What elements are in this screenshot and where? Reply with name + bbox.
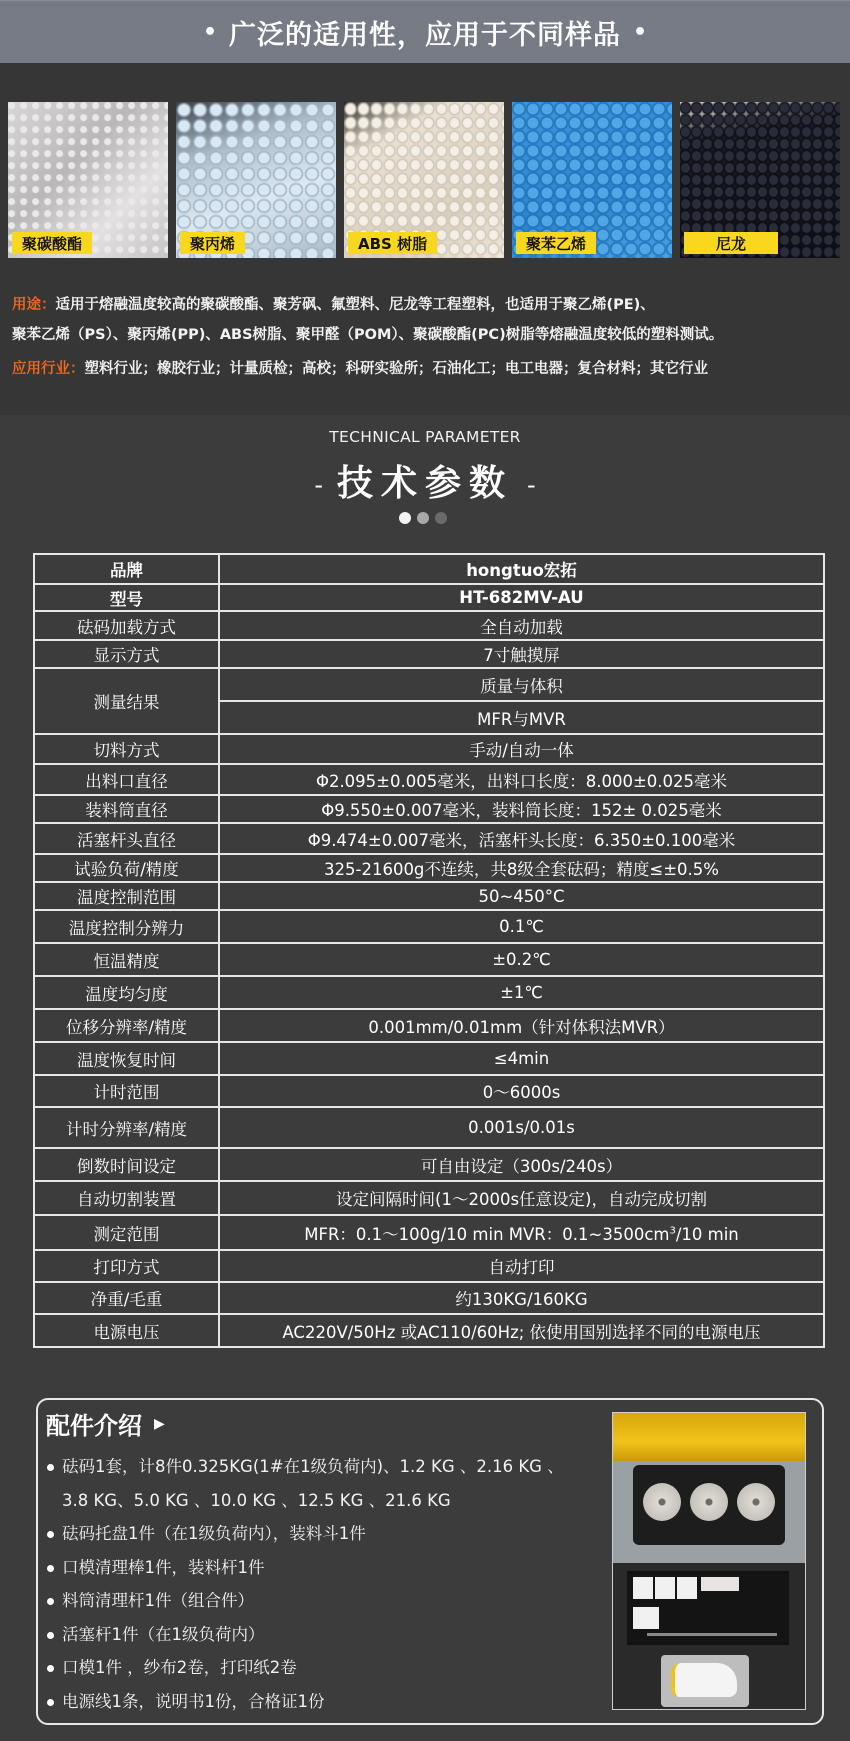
sample-polystyrene: 聚苯乙烯 [512,102,672,258]
spec-value: Φ9.550±0.007毫米，装料筒长度：152± 0.025毫米 [219,795,824,823]
spec-key: 显示方式 [34,640,219,668]
spec-key: 恒温精度 [34,943,219,976]
spec-key: 倒数时间设定 [34,1148,219,1181]
usage-line-1: 用途：适用于熔融温度较高的聚碳酸酯、聚芳砜、氟塑料、尼龙等工程塑料，也适用于聚乙… [12,290,842,320]
spec-key: 切料方式 [34,734,219,764]
spec-value: 7寸触摸屏 [219,640,824,668]
spec-key: 净重/毛重 [34,1282,219,1314]
section-banner: • 广泛的适用性，应用于不同样品 • [0,0,850,63]
spec-key: 型号 [34,584,219,611]
sample-label: 聚苯乙烯 [516,232,596,254]
spec-key: 温度控制范围 [34,882,219,910]
table-row: 自动切割装置设定间隔时间(1～2000s任意设定)，自动完成切割 [34,1181,824,1215]
table-row: 温度控制范围50~450°C [34,882,824,910]
list-item-continuation: 3.8 KG、5.0 KG 、10.0 KG 、12.5 KG 、21.6 KG [46,1484,586,1518]
list-item: 电源线1条，说明书1份，合格证1份 [46,1685,586,1719]
accessory-kit-photo [612,1412,806,1710]
accessories-list: 砝码1套，计8件0.325KG(1#在1级负荷内)、1.2 KG 、2.16 K… [46,1450,586,1718]
table-row: 显示方式7寸触摸屏 [34,640,824,668]
industry-line: 应用行业：塑料行业；橡胶行业；计量质检；高校；科研实验所；石油化工；电工电器；复… [12,354,842,384]
spec-value: 0.1℃ [219,910,824,943]
spec-value: 325-21600g不连续，共8级全套砝码；精度≤±0.5% [219,854,824,882]
table-row: 恒温精度±0.2℃ [34,943,824,976]
list-item: 料筒清理杆1件（组合件） [46,1584,586,1618]
spec-key: 电源电压 [34,1314,219,1347]
tech-title: -技术参数- [0,455,850,506]
tech-subtitle: TECHNICAL PARAMETER [0,428,850,446]
table-row: 温度控制分辨力0.1℃ [34,910,824,943]
range-tail: /10 min [676,1225,739,1244]
spec-key: 品牌 [34,554,219,584]
spec-value: ±0.2℃ [219,943,824,976]
spec-value: 质量与体积 [219,668,824,701]
dot-icon [399,512,411,524]
spec-value: Φ9.474±0.007毫米，活塞杆头长度：6.350±0.100毫米 [219,823,824,854]
spec-value: 手动/自动一体 [219,734,824,764]
banner-title: 广泛的适用性，应用于不同样品 [229,13,621,52]
spec-value: hongtuo宏拓 [219,554,824,584]
table-row: 温度恢复时间≤4min [34,1042,824,1075]
spec-key: 装料筒直径 [34,795,219,823]
accessories-title: 配件介绍 ▶ [46,1406,165,1441]
industry-label: 应用行业： [12,361,85,377]
table-row: 计时分辨率/精度0.001s/0.01s [34,1107,824,1148]
usage-text: 适用于熔融温度较高的聚碳酸酯、聚芳砜、氟塑料、尼龙等工程塑料，也适用于聚乙烯(P… [56,297,655,313]
sample-label: 聚丙烯 [180,232,245,254]
usage-description: 用途：适用于熔融温度较高的聚碳酸酯、聚芳砜、氟塑料、尼龙等工程塑料，也适用于聚乙… [12,290,842,384]
list-item: 活塞杆1件（在1级负荷内） [46,1618,586,1652]
table-row: 型号HT-682MV-AU [34,584,824,611]
spec-value: 全自动加载 [219,611,824,640]
bullet-icon: • [633,20,647,45]
paper-roll [701,1577,739,1591]
table-row: 品牌hongtuo宏拓 [34,554,824,584]
spec-key: 计时范围 [34,1075,219,1107]
accessories-panel: 配件介绍 ▶ 砝码1套，计8件0.325KG(1#在1级负荷内)、1.2 KG … [36,1398,824,1725]
dash-decoration: - [527,471,536,499]
spec-table: 品牌hongtuo宏拓 型号HT-682MV-AU 砝码加载方式全自动加载 显示… [33,553,825,1348]
industry-text: 塑料行业；橡胶行业；计量质检；高校；科研实验所；石油化工；电工电器；复合材料；其… [85,361,709,377]
list-item: 砝码托盘1件（在1级负荷内），装料斗1件 [46,1517,586,1551]
spec-value: MFR与MVR [219,701,824,734]
table-row: 电源电压AC220V/50Hz 或AC110/60Hz; 依使用国别选择不同的电… [34,1314,824,1347]
spec-key: 温度恢复时间 [34,1042,219,1075]
table-row: 位移分辨率/精度0.001mm/0.01mm（针对体积法MVR） [34,1009,824,1042]
spec-value: HT-682MV-AU [219,584,824,611]
dot-icon [417,512,429,524]
sample-polypropylene: 聚丙烯 [176,102,336,258]
weights-compartment [633,1465,785,1545]
list-item: 砝码1套，计8件0.325KG(1#在1级负荷内)、1.2 KG 、2.16 K… [46,1450,586,1484]
list-item: 口模1件 ，纱布2卷，打印纸2卷 [46,1651,586,1685]
usage-line-2: 聚苯乙烯（PS）、聚丙烯(PP)、ABS树脂、聚甲醛（POM）、聚碳酸酯(PC)… [12,320,842,350]
spec-key: 砝码加载方式 [34,611,219,640]
spec-key: 出料口直径 [34,764,219,795]
spec-key: 测定范围 [34,1215,219,1250]
tool-tray-inner [627,1571,789,1645]
spec-value: AC220V/50Hz 或AC110/60Hz; 依使用国别选择不同的电源电压 [219,1314,824,1347]
table-row: 切料方式手动/自动一体 [34,734,824,764]
sample-gallery: 聚碳酸酯 聚丙烯 ABS 树脂 聚苯乙烯 尼龙 [8,102,844,260]
weight-disk-icon [643,1483,681,1521]
cleaning-rod [647,1633,777,1636]
spec-value: 0.001mm/0.01mm（针对体积法MVR） [219,1009,824,1042]
spec-value: 设定间隔时间(1～2000s任意设定)，自动完成切割 [219,1181,824,1215]
list-item: 口模清理棒1件，装料杆1件 [46,1551,586,1585]
sample-abs: ABS 树脂 [344,102,504,258]
spec-value: 约130KG/160KG [219,1282,824,1314]
yellow-case-lid [613,1413,805,1461]
triangle-right-icon: ▶ [154,1416,165,1432]
spec-key: 自动切割装置 [34,1181,219,1215]
dot-icon [435,512,447,524]
table-row: 计时范围0～6000s [34,1075,824,1107]
table-row: 活塞杆头直径Φ9.474±0.007毫米，活塞杆头长度：6.350±0.100毫… [34,823,824,854]
spec-value: 自动打印 [219,1250,824,1282]
accessories-title-text: 配件介绍 [46,1406,142,1441]
spec-key: 位移分辨率/精度 [34,1009,219,1042]
table-row: 砝码加载方式全自动加载 [34,611,824,640]
gauze-roll [677,1577,697,1599]
sample-label: ABS 树脂 [348,232,437,254]
spec-value: 50~450°C [219,882,824,910]
gauze-roll [633,1577,653,1599]
sample-label: 聚碳酸酯 [12,232,92,254]
spec-value: ≤4min [219,1042,824,1075]
spec-value: ±1℃ [219,976,824,1009]
spec-key: 活塞杆头直径 [34,823,219,854]
range-text: MFR：0.1～100g/10 min MVR：0.1~3500cm [304,1225,669,1244]
tech-title-text: 技术参数 [337,463,513,504]
table-row: 测定范围MFR：0.1～100g/10 min MVR：0.1~3500cm3/… [34,1215,824,1250]
spec-key: 打印方式 [34,1250,219,1282]
spec-value: 0～6000s [219,1075,824,1107]
table-row: 装料筒直径Φ9.550±0.007毫米，装料筒长度：152± 0.025毫米 [34,795,824,823]
table-row: 测量结果质量与体积 [34,668,824,701]
tool-tray [613,1563,805,1710]
table-row: 打印方式自动打印 [34,1250,824,1282]
table-row: 温度均匀度±1℃ [34,976,824,1009]
spec-key: 测量结果 [34,668,219,734]
usage-label: 用途： [12,297,56,313]
table-row: 净重/毛重约130KG/160KG [34,1282,824,1314]
spec-value: 可自由设定（300s/240s） [219,1148,824,1181]
weight-disk-icon [737,1483,775,1521]
spec-key: 试验负荷/精度 [34,854,219,882]
sample-nylon: 尼龙 [680,102,840,258]
weight-disk-icon [690,1483,728,1521]
table-row: 试验负荷/精度325-21600g不连续，共8级全套砝码；精度≤±0.5% [34,854,824,882]
spec-key: 计时分辨率/精度 [34,1107,219,1148]
sample-polycarbonate: 聚碳酸酯 [8,102,168,258]
bullet-icon: • [203,20,217,45]
sample-label: 尼龙 [684,232,778,254]
spec-key: 温度控制分辨力 [34,910,219,943]
pagination-dots [399,512,447,524]
spec-value: MFR：0.1～100g/10 min MVR：0.1~3500cm3/10 m… [219,1215,824,1250]
gauze-roll [655,1577,675,1599]
spec-value: 0.001s/0.01s [219,1107,824,1148]
table-row: 出料口直径Φ2.095±0.005毫米，出料口长度：8.000±0.025毫米 [34,764,824,795]
table-row: 倒数时间设定可自由设定（300s/240s） [34,1148,824,1181]
spec-key: 温度均匀度 [34,976,219,1009]
dash-decoration: - [314,471,323,499]
spec-value: Φ2.095±0.005毫米，出料口长度：8.000±0.025毫米 [219,764,824,795]
glove-box [661,1655,749,1707]
glove [671,1663,737,1697]
gauze-roll [633,1607,659,1629]
